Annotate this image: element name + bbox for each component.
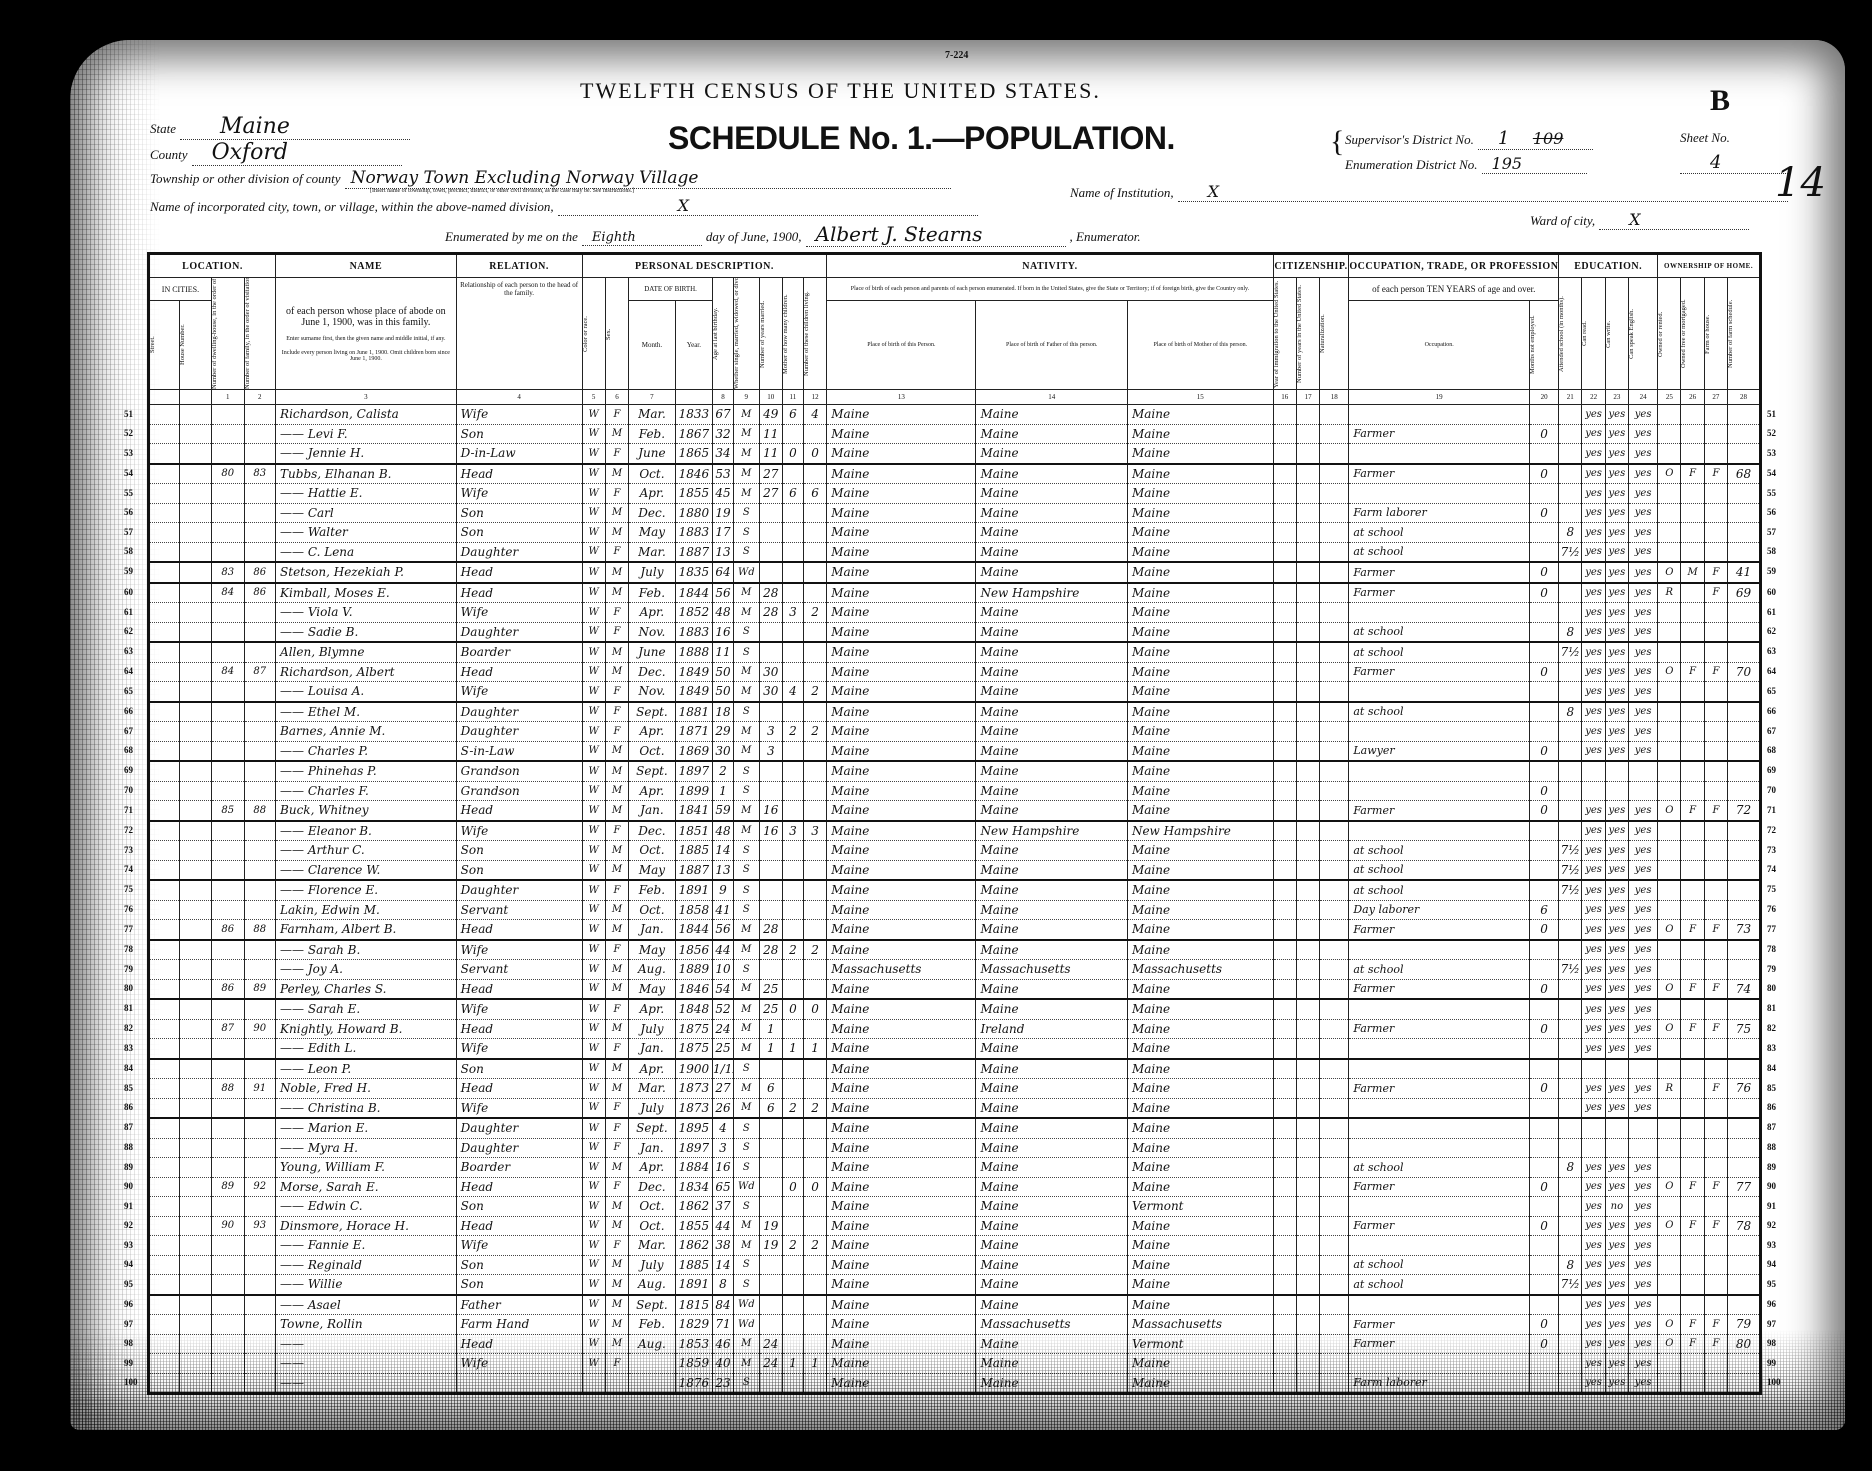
empty-cell — [1273, 405, 1296, 425]
birthplace-father: Maine — [976, 562, 1128, 583]
dwelling-number: 84 — [211, 583, 244, 603]
marital-status: M — [733, 444, 759, 464]
occupation — [1349, 722, 1530, 742]
birthplace-mother: Maine — [1127, 900, 1273, 920]
can-write: yes — [1605, 1236, 1628, 1256]
sex: M — [605, 1079, 628, 1099]
birthplace-mother: Maine — [1127, 622, 1273, 642]
birthplace-person: Maine — [827, 503, 976, 523]
birthplace-mother: Maine — [1127, 424, 1273, 444]
column-number: 8 — [713, 390, 734, 405]
birthplace-mother: Maine — [1127, 642, 1273, 662]
occupation: Farmer — [1349, 464, 1530, 484]
empty-cell — [149, 642, 180, 662]
birthplace-person: Maine — [827, 662, 976, 682]
empty-cell — [180, 979, 211, 999]
line-number-left: 92 — [124, 1220, 133, 1230]
farm-schedule-number — [1728, 900, 1761, 920]
family-number — [244, 424, 276, 444]
can-read: yes — [1582, 920, 1605, 940]
empty-cell — [1320, 484, 1349, 504]
free-mortgaged — [1681, 1255, 1704, 1275]
dwelling-number — [211, 405, 244, 425]
marital-status: M — [733, 424, 759, 444]
family-number — [244, 405, 276, 425]
school-months — [1559, 424, 1582, 444]
empty-cell — [149, 999, 180, 1019]
birth-month: Dec. — [629, 1177, 676, 1197]
person-name: Knightly, Howard B. — [276, 1019, 457, 1039]
empty-cell — [180, 781, 211, 801]
line-number-right: 54 — [1767, 468, 1776, 478]
owned-rented: O — [1658, 801, 1681, 821]
color-race: W — [582, 801, 605, 821]
farm-schedule-number — [1728, 821, 1761, 841]
line-number-right: 75 — [1767, 884, 1776, 894]
owned-rented: O — [1658, 464, 1681, 484]
line-number-right: 93 — [1767, 1240, 1776, 1250]
empty-cell — [1273, 1079, 1296, 1099]
empty-cell — [1273, 920, 1296, 940]
empty-cell — [1273, 940, 1296, 960]
sex: M — [605, 1255, 628, 1275]
empty-cell — [1320, 682, 1349, 702]
city-value: X — [558, 196, 978, 216]
age: 26 — [713, 1098, 734, 1118]
enumerated-suffix: day of June, 1900, — [706, 229, 802, 244]
sex: M — [605, 523, 628, 543]
birthplace-person: Maine — [827, 622, 976, 642]
marital-status: Wd — [733, 1295, 759, 1315]
mother-of-children: 6 — [782, 484, 803, 504]
empty-cell — [1320, 1059, 1349, 1079]
line-number-left: 77 — [124, 924, 133, 934]
birth-year: 1873 — [675, 1098, 712, 1118]
birth-year: 1846 — [675, 464, 712, 484]
free-mortgaged: F — [1681, 1216, 1704, 1236]
person-name: —— Levi F. — [276, 424, 457, 444]
school-months — [1559, 781, 1582, 801]
speaks-english — [1629, 1059, 1658, 1079]
empty-cell — [1273, 523, 1296, 543]
enumerated-line: Enumerated by me on the Eighth day of Ju… — [445, 222, 1141, 247]
mother-of-children — [782, 542, 803, 562]
marital-status: M — [733, 801, 759, 821]
can-read: yes — [1582, 1039, 1605, 1059]
children-living — [803, 1138, 826, 1158]
birthplace-person: Maine — [827, 444, 976, 464]
owned-rented — [1658, 841, 1681, 861]
children-living: 0 — [803, 444, 826, 464]
can-read: yes — [1582, 940, 1605, 960]
farm-house — [1704, 1197, 1727, 1217]
birth-month: Apr. — [629, 1059, 676, 1079]
occupation — [1349, 444, 1530, 464]
owned-rented — [1658, 702, 1681, 722]
family-number — [244, 999, 276, 1019]
years-married — [759, 1138, 782, 1158]
empty-cell — [1320, 1118, 1349, 1138]
speaks-english: yes — [1629, 562, 1658, 583]
empty-cell — [1273, 1275, 1296, 1295]
color-race: W — [582, 722, 605, 742]
birthplace-person: Maine — [827, 920, 976, 940]
free-mortgaged — [1681, 424, 1704, 444]
sex: F — [605, 484, 628, 504]
school-months — [1559, 1138, 1582, 1158]
school-months — [1559, 900, 1582, 920]
can-write: yes — [1605, 662, 1628, 682]
farm-house — [1704, 642, 1727, 662]
sex: F — [605, 603, 628, 623]
birth-year: 1849 — [675, 662, 712, 682]
can-write: yes — [1605, 1039, 1628, 1059]
family-number: 91 — [244, 1079, 276, 1099]
speaks-english: yes — [1629, 1275, 1658, 1295]
speaks-english: yes — [1629, 542, 1658, 562]
relation: Servant — [456, 960, 582, 980]
table-row: —— Ethel M.DaughterWFSept.188118SMaineMa… — [149, 702, 1761, 722]
person-name: —— Florence E. — [276, 880, 457, 900]
person-name: —— C. Lena — [276, 542, 457, 562]
birth-month: Dec. — [629, 503, 676, 523]
occupation: Farmer — [1349, 583, 1530, 603]
relation: Daughter — [456, 1138, 582, 1158]
column-number: 22 — [1582, 390, 1605, 405]
empty-cell — [180, 1177, 211, 1197]
farm-schedule-number: 72 — [1728, 801, 1761, 821]
table-row: —— C. LenaDaughterWFMar.188713SMaineMain… — [149, 542, 1761, 562]
empty-cell — [149, 940, 180, 960]
birthplace-person: Maine — [827, 1275, 976, 1295]
farm-house: F — [1704, 583, 1727, 603]
free-mortgaged — [1681, 722, 1704, 742]
free-mortgaged: F — [1681, 801, 1704, 821]
relation: Head — [456, 801, 582, 821]
relation: Father — [456, 1295, 582, 1315]
line-number-right: 62 — [1767, 626, 1776, 636]
farm-house — [1704, 1138, 1727, 1158]
family-number — [244, 642, 276, 662]
children-living — [803, 860, 826, 880]
table-row: —— AsaelFatherWMSept.181584WdMaineMaineM… — [149, 1295, 1761, 1315]
children-living — [803, 1118, 826, 1138]
relation: Daughter — [456, 880, 582, 900]
owned-rented — [1658, 781, 1681, 801]
age: 16 — [713, 1158, 734, 1178]
occupation: at school — [1349, 960, 1530, 980]
farm-house — [1704, 405, 1727, 425]
color-race: W — [582, 405, 605, 425]
years-married: 25 — [759, 979, 782, 999]
birth-month: Mar. — [629, 542, 676, 562]
can-read: yes — [1582, 702, 1605, 722]
line-number-right: 68 — [1767, 745, 1776, 755]
marital-status: S — [733, 841, 759, 861]
sex: M — [605, 424, 628, 444]
relation: Son — [456, 424, 582, 444]
empty-cell — [149, 1295, 180, 1315]
line-number-right: 65 — [1767, 686, 1776, 696]
column-number: 19 — [1349, 390, 1530, 405]
birthplace-mother: Maine — [1127, 999, 1273, 1019]
mother-of-children: 3 — [782, 821, 803, 841]
line-number-right: 70 — [1767, 785, 1776, 795]
empty-cell — [1320, 1236, 1349, 1256]
sex: F — [605, 622, 628, 642]
owned-rented — [1658, 722, 1681, 742]
school-months: 8 — [1559, 1255, 1582, 1275]
empty-cell — [180, 464, 211, 484]
color-race: W — [582, 1118, 605, 1138]
years-married — [759, 761, 782, 781]
empty-cell — [1296, 503, 1319, 523]
empty-cell — [1320, 741, 1349, 761]
occupation: Farmer — [1349, 1079, 1530, 1099]
speaks-english: yes — [1629, 880, 1658, 900]
dwelling-number — [211, 702, 244, 722]
school-months: 7½ — [1559, 1275, 1582, 1295]
years-married: 28 — [759, 940, 782, 960]
can-write: yes — [1605, 464, 1628, 484]
mother-of-children — [782, 622, 803, 642]
table-row: —— Jennie H.D-in-LawWFJune186534M1100Mai… — [149, 444, 1761, 464]
birthplace-father: New Hampshire — [976, 821, 1128, 841]
line-number-left: 71 — [124, 805, 133, 815]
birthplace-person: Maine — [827, 1197, 976, 1217]
speaks-english — [1629, 1118, 1658, 1138]
birth-month: Mar. — [629, 1079, 676, 1099]
table-row: 8486Kimball, Moses E.HeadWMFeb.184456M28… — [149, 583, 1761, 603]
birthplace-person: Maine — [827, 841, 976, 861]
years-married: 30 — [759, 662, 782, 682]
can-read: yes — [1582, 1275, 1605, 1295]
empty-cell — [1273, 1019, 1296, 1039]
sex: M — [605, 583, 628, 603]
occupation — [1349, 761, 1530, 781]
sex: F — [605, 821, 628, 841]
speaks-english: yes — [1629, 1098, 1658, 1118]
empty-cell — [1296, 1295, 1319, 1315]
marital-status: S — [733, 1275, 759, 1295]
can-write: yes — [1605, 1295, 1628, 1315]
sex: M — [605, 781, 628, 801]
age: 48 — [713, 821, 734, 841]
sex: M — [605, 860, 628, 880]
can-write: yes — [1605, 741, 1628, 761]
can-write: yes — [1605, 940, 1628, 960]
sex: F — [605, 880, 628, 900]
birthplace-mother: Maine — [1127, 940, 1273, 960]
dwelling-number — [211, 1098, 244, 1118]
line-number-left: 68 — [124, 745, 133, 755]
farm-house — [1704, 622, 1727, 642]
color-race: W — [582, 860, 605, 880]
section-relation: RELATION. — [456, 254, 582, 278]
color-race: W — [582, 562, 605, 583]
birthplace-father: Maine — [976, 741, 1128, 761]
speaks-english: yes — [1629, 741, 1658, 761]
empty-cell — [180, 920, 211, 940]
empty-cell — [1320, 1158, 1349, 1178]
table-row: Barnes, Annie M.DaughterWFApr.187129M322… — [149, 722, 1761, 742]
occupation — [1349, 1059, 1530, 1079]
sex: M — [605, 1216, 628, 1236]
birth-year: 1889 — [675, 960, 712, 980]
birthplace-person: Maine — [827, 999, 976, 1019]
marital-status: S — [733, 761, 759, 781]
col-farm-schedule: Number of farm schedule. — [1728, 279, 1735, 389]
person-name: —— Reginald — [276, 1255, 457, 1275]
birthplace-mother: Maine — [1127, 503, 1273, 523]
line-number-left: 54 — [124, 468, 133, 478]
empty-cell — [1320, 503, 1349, 523]
free-mortgaged — [1681, 444, 1704, 464]
can-read: yes — [1582, 999, 1605, 1019]
months-unemployed — [1530, 821, 1559, 841]
can-read — [1582, 1118, 1605, 1138]
birthplace-mother: Massachusetts — [1127, 960, 1273, 980]
school-months — [1559, 761, 1582, 781]
farm-schedule-number — [1728, 999, 1761, 1019]
marital-status: M — [733, 979, 759, 999]
farm-house — [1704, 603, 1727, 623]
section-personal-description: PERSONAL DESCRIPTION. — [582, 254, 827, 278]
table-row: —— Christina B.WifeWFJuly187326M622Maine… — [149, 1098, 1761, 1118]
birthplace-father: Maine — [976, 1255, 1128, 1275]
can-write: yes — [1605, 702, 1628, 722]
empty-cell — [180, 583, 211, 603]
col-free-mortgaged: Owned free or mortgaged. — [1681, 279, 1688, 389]
farm-schedule-number: 75 — [1728, 1019, 1761, 1039]
years-married: 6 — [759, 1098, 782, 1118]
enumerator-label: , Enumerator. — [1070, 229, 1141, 244]
line-number-right: 59 — [1767, 566, 1776, 576]
children-living — [803, 741, 826, 761]
months-unemployed: 0 — [1530, 920, 1559, 940]
table-row: Allen, BlymneBoarderWMJune188811SMaineMa… — [149, 642, 1761, 662]
speaks-english: yes — [1629, 920, 1658, 940]
mother-of-children: 0 — [782, 444, 803, 464]
line-number-right: 72 — [1767, 825, 1776, 835]
occupation: Farmer — [1349, 1216, 1530, 1236]
table-row: Lakin, Edwin M.ServantWMOct.185841SMaine… — [149, 900, 1761, 920]
birth-year: 1888 — [675, 642, 712, 662]
can-write — [1605, 1059, 1628, 1079]
mother-of-children — [782, 583, 803, 603]
children-living: 4 — [803, 405, 826, 425]
table-row: —— Florence E.DaughterWFFeb.18919SMaineM… — [149, 880, 1761, 900]
occupation: at school — [1349, 622, 1530, 642]
birth-month: Oct. — [629, 841, 676, 861]
birthplace-mother: Maine — [1127, 405, 1273, 425]
owned-rented — [1658, 622, 1681, 642]
col-children-living: Number of these children living. — [804, 279, 811, 389]
table-row: —— Marion E.DaughterWFSept.18954SMaineMa… — [149, 1118, 1761, 1138]
sex: F — [605, 702, 628, 722]
empty-cell — [1296, 702, 1319, 722]
nativity-description: Place of birth of each person and parent… — [827, 278, 1273, 301]
birthplace-mother: New Hampshire — [1127, 821, 1273, 841]
mother-of-children — [782, 1158, 803, 1178]
family-number — [244, 1255, 276, 1275]
free-mortgaged — [1681, 1236, 1704, 1256]
sex: F — [605, 682, 628, 702]
name-note-include: Include every person living on June 1, 1… — [279, 350, 453, 362]
empty-cell — [180, 821, 211, 841]
empty-cell — [1320, 1295, 1349, 1315]
can-read: yes — [1582, 484, 1605, 504]
owned-rented — [1658, 960, 1681, 980]
children-living — [803, 781, 826, 801]
line-number-left: 87 — [124, 1122, 133, 1132]
line-number-right: 56 — [1767, 507, 1776, 517]
col-birth-mother: Place of birth of Mother of this person. — [1127, 301, 1273, 390]
dwelling-number — [211, 603, 244, 623]
empty-cell — [1296, 1118, 1319, 1138]
empty-cell — [1296, 1079, 1319, 1099]
empty-cell — [1273, 622, 1296, 642]
relation: Wife — [456, 1236, 582, 1256]
age: 13 — [713, 860, 734, 880]
birthplace-person: Maine — [827, 1158, 976, 1178]
person-name: Lakin, Edwin M. — [276, 900, 457, 920]
free-mortgaged: F — [1681, 1177, 1704, 1197]
months-unemployed: 0 — [1530, 562, 1559, 583]
farm-house — [1704, 484, 1727, 504]
empty-cell — [1320, 662, 1349, 682]
school-months — [1559, 1295, 1582, 1315]
school-months — [1559, 503, 1582, 523]
mother-of-children — [782, 1295, 803, 1315]
months-unemployed — [1530, 1275, 1559, 1295]
owned-rented — [1658, 444, 1681, 464]
table-row: —— Hattie E.WifeWFApr.185545M2766MaineMa… — [149, 484, 1761, 504]
birth-month: Oct. — [629, 1216, 676, 1236]
age: 38 — [713, 1236, 734, 1256]
table-row: 8689Perley, Charles S.HeadWMMay184654M25… — [149, 979, 1761, 999]
family-number — [244, 1197, 276, 1217]
empty-cell — [1320, 622, 1349, 642]
table-row: —— Eleanor B.WifeWFDec.185148M1633MaineN… — [149, 821, 1761, 841]
birthplace-person: Massachusetts — [827, 960, 976, 980]
empty-cell — [1296, 781, 1319, 801]
owned-rented — [1658, 821, 1681, 841]
occupation: at school — [1349, 702, 1530, 722]
dwelling-number — [211, 424, 244, 444]
occupation — [1349, 1118, 1530, 1138]
years-married: 27 — [759, 484, 782, 504]
birthplace-mother: Maine — [1127, 1118, 1273, 1138]
children-living — [803, 1197, 826, 1217]
color-race: W — [582, 444, 605, 464]
family-number — [244, 821, 276, 841]
empty-cell — [1273, 1098, 1296, 1118]
children-living — [803, 1019, 826, 1039]
empty-cell — [149, 405, 180, 425]
can-read: yes — [1582, 860, 1605, 880]
free-mortgaged — [1681, 1275, 1704, 1295]
years-married — [759, 841, 782, 861]
birthplace-person: Maine — [827, 702, 976, 722]
empty-cell — [1296, 940, 1319, 960]
birth-year: 1862 — [675, 1236, 712, 1256]
can-write: yes — [1605, 682, 1628, 702]
speaks-english: yes — [1629, 424, 1658, 444]
color-race: W — [582, 1275, 605, 1295]
years-married — [759, 900, 782, 920]
column-number: 7 — [629, 390, 676, 405]
